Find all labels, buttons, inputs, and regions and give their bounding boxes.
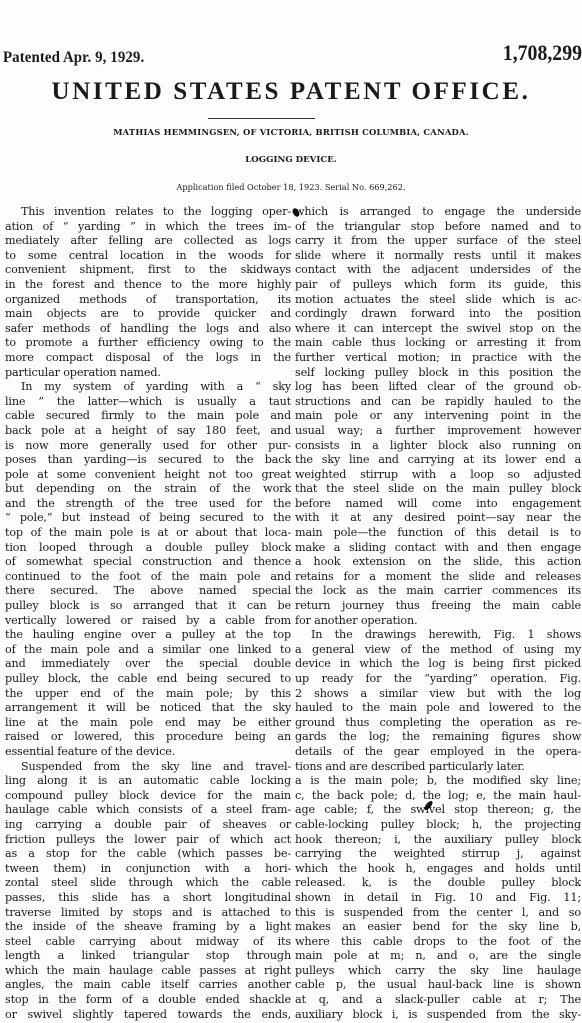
text-line: and the strength of the tree used for th…	[5, 497, 291, 512]
text-line: released. k, is the double pulley block	[295, 876, 581, 891]
text-line: traverse limited by stops and is attache…	[5, 906, 291, 921]
text-line: cable p, the usual haul-back line is sho…	[295, 978, 581, 993]
text-line: steel cable carrying about midway of its	[5, 935, 291, 950]
text-line: safer methods of handling the logs and a…	[5, 322, 291, 337]
text-line: mediately after felling are collected as…	[5, 234, 291, 249]
text-line: stop in the form of a double ended shack…	[5, 993, 291, 1008]
text-line: slide where it normally rests until it m…	[295, 249, 581, 264]
text-line: ground thus completing the operation as …	[295, 716, 581, 731]
text-line: ing carrying a double pair of sheaves or	[5, 818, 291, 833]
text-line: as a stop for the cable (which passes be…	[5, 847, 291, 862]
text-line: main pole—the function of this detail is…	[295, 526, 581, 541]
text-line: the inside of the sheave framing by a li…	[5, 920, 291, 935]
text-line: but depending on the strain of the work	[5, 482, 291, 497]
text-line: motion actuates the steel slide which is…	[295, 293, 581, 308]
text-line: self locking pulley block in this positi…	[295, 366, 581, 381]
text-line: makes an easier bend for the sky line b,	[295, 920, 581, 935]
text-line: length a linked triangular stop through	[5, 949, 291, 964]
text-line: a hook extension on the slide, this acti…	[295, 555, 581, 570]
text-line: consists in a lighter block also running…	[295, 439, 581, 454]
text-line: cordingly drawn forward into the positio…	[295, 307, 581, 322]
text-line: a is the main pole; b, the modified sky …	[295, 774, 581, 789]
text-line: log has been lifted clear of the ground …	[295, 380, 581, 395]
text-line: the upper end of the main pole; by this	[5, 687, 291, 702]
right-text-column: which is arranged to engage the undersid…	[295, 205, 581, 1022]
text-line: at q, and a slack-puller cable at r; The	[295, 993, 581, 1008]
text-line: This invention relates to the logging op…	[5, 205, 291, 220]
text-line: device in which the log is being first p…	[295, 657, 581, 672]
text-line: hook thereon; i, the auxiliary pulley bl…	[295, 833, 581, 848]
text-line: return journey thus freeing the main cab…	[295, 599, 581, 614]
text-line: auxiliary block i, is suspended from the…	[295, 1008, 581, 1023]
text-line: age cable; f, the swivel stop thereon; g…	[295, 803, 581, 818]
text-line: In my system of yarding with a “ sky	[5, 380, 291, 395]
text-line: hauled to the main pole and lowered to t…	[295, 701, 581, 716]
text-line: make a sliding contact with and then eng…	[295, 541, 581, 556]
text-line: pole at some convenient height not too g…	[5, 468, 291, 483]
text-line: of the triangular stop before named and …	[295, 220, 581, 235]
text-line: with it at any desired point—say near th…	[295, 511, 581, 526]
patent-number: 1,708,299	[503, 40, 582, 66]
text-line: shown in detail in Fig. 10 and Fig. 11;	[295, 891, 581, 906]
inventor-line: MATHIAS HEMMINGSEN, OF VICTORIA, BRITISH…	[0, 127, 582, 137]
text-line: friction pulleys the lower pair of which…	[5, 833, 291, 848]
text-line: haulage cable which consists of a steel …	[5, 803, 291, 818]
text-line: structions and can be rapidly hauled to …	[295, 395, 581, 410]
text-line: zontal steel slide through which the cab…	[5, 876, 291, 891]
text-line: particular operation named.	[5, 366, 291, 381]
text-line: of the main pole and a similar one linke…	[5, 643, 291, 658]
text-line: pulley block is so arranged that it can …	[5, 599, 291, 614]
text-line: pair of pulleys which form its guide, th…	[295, 278, 581, 293]
text-line: the sky line and carrying at its lower e…	[295, 453, 581, 468]
text-line: essential feature of the device.	[5, 745, 291, 760]
text-line: raised or lowered, this procedure being …	[5, 730, 291, 745]
text-line: 2 shows a similar view but with the log	[295, 687, 581, 702]
text-line: where this cable drops to the foot of th…	[295, 935, 581, 950]
text-line: line at the main pole end may be either	[5, 716, 291, 731]
text-line: pulley block, the cable end being secure…	[5, 672, 291, 687]
text-line: to some central location in the woods fo…	[5, 249, 291, 264]
text-line: for another operation.	[295, 614, 581, 629]
text-line: convenient shipment, first to the skidwa…	[5, 263, 291, 278]
text-line: Suspended from the sky line and travel-	[5, 760, 291, 775]
patent-page: Patented Apr. 9, 1929. 1,708,299 UNITED …	[0, 0, 582, 1023]
text-line: weighted stirrup with a loop so adjusted	[295, 468, 581, 483]
patent-date: Patented Apr. 9, 1929.	[3, 49, 144, 67]
office-heading: UNITED STATES PATENT OFFICE.	[0, 78, 582, 106]
text-line: carrying the weighted stirrup j, against	[295, 847, 581, 862]
heading-divider	[208, 118, 315, 119]
text-line: up ready for the “yarding” operation. Fi…	[295, 672, 581, 687]
text-line: cable secured firmly to the main pole an…	[5, 409, 291, 424]
text-line: main pole or any intervening point in th…	[295, 409, 581, 424]
text-line: which the hook h, engages and holds unti…	[295, 862, 581, 877]
text-line: passes, this slide has a short longitudi…	[5, 891, 291, 906]
text-line: c, the back pole; d, the log; e, the mai…	[295, 789, 581, 804]
text-line: line ” the latter—which is usually a tau…	[5, 395, 291, 410]
text-line: retains for a moment the slide and relea…	[295, 570, 581, 585]
text-line: tween them) in conjunction with a hori-	[5, 862, 291, 877]
text-line: there secured. The above named special	[5, 584, 291, 599]
text-line: ling along it is an automatic cable lock…	[5, 774, 291, 789]
text-line: tions and are described particularly lat…	[295, 760, 581, 775]
text-line: tion looped through a double pulley bloc…	[5, 541, 291, 556]
text-line: the hauling engine over a pulley at the …	[5, 628, 291, 643]
text-line: that the steel slide on the main pulley …	[295, 482, 581, 497]
text-line: main pole at m; n, and o, are the single	[295, 949, 581, 964]
text-line: pulleys which carry the sky line haulage	[295, 964, 581, 979]
text-line: “ pole,” but instead of being secured to…	[5, 511, 291, 526]
application-line: Application filed October 18, 1923. Seri…	[0, 182, 582, 192]
text-line: the lock as the main carrier commences i…	[295, 584, 581, 599]
text-line: before named will come into engagement	[295, 497, 581, 512]
text-line: a general view of the method of using my	[295, 643, 581, 658]
text-line: where it can intercept the swivel stop o…	[295, 322, 581, 337]
text-line: back pole at a height of say 180 feet, a…	[5, 424, 291, 439]
text-line: cable-locking pulley block; h, the proje…	[295, 818, 581, 833]
text-line: carry it from the upper surface of the s…	[295, 234, 581, 249]
text-line: which is arranged to engage the undersid…	[295, 205, 581, 220]
text-line: ation of “ yarding ” in which the trees …	[5, 220, 291, 235]
left-text-column: This invention relates to the logging op…	[5, 205, 291, 1022]
text-line: main objects are to provide quicker and	[5, 307, 291, 322]
text-line: usual way; a further improvement however	[295, 424, 581, 439]
text-line: is now more generally used for other pur…	[5, 439, 291, 454]
text-line: main cable thus locking or arresting it …	[295, 336, 581, 351]
text-line: in the forest and thence to the more hig…	[5, 278, 291, 293]
text-line: vertically lowered or raised by a cable …	[5, 614, 291, 629]
text-line: compound pulley block device for the mai…	[5, 789, 291, 804]
text-line: angles, the main cable itself carries an…	[5, 978, 291, 993]
text-line: continued to the foot of the main pole a…	[5, 570, 291, 585]
text-line: arrangement it will be noticed that the …	[5, 701, 291, 716]
text-line: of somewhat special construction and the…	[5, 555, 291, 570]
text-line: details of the gear employed in the oper…	[295, 745, 581, 760]
text-line: more compact disposal of the logs in the	[5, 351, 291, 366]
text-line: poses than yarding—is secured to the bac…	[5, 453, 291, 468]
text-line: gards the log; the remaining figures sho…	[295, 730, 581, 745]
text-line: In the drawings herewith, Fig. 1 shows	[295, 628, 581, 643]
text-line: and immediately over the special double	[5, 657, 291, 672]
text-line: top of the main pole is at or about that…	[5, 526, 291, 541]
text-line: to promote a further efficiency owing to…	[5, 336, 291, 351]
text-line: which the main haulage cable passes at r…	[5, 964, 291, 979]
text-line: contact with the adjacent undersides of …	[295, 263, 581, 278]
text-line: this is suspended from the center l, and…	[295, 906, 581, 921]
text-line: or swivel slightly tapered towards the e…	[5, 1008, 291, 1023]
invention-title: LOGGING DEVICE.	[0, 155, 582, 165]
text-line: organized methods of transportation, its	[5, 293, 291, 308]
text-line: further vertical motion; in practice wit…	[295, 351, 581, 366]
